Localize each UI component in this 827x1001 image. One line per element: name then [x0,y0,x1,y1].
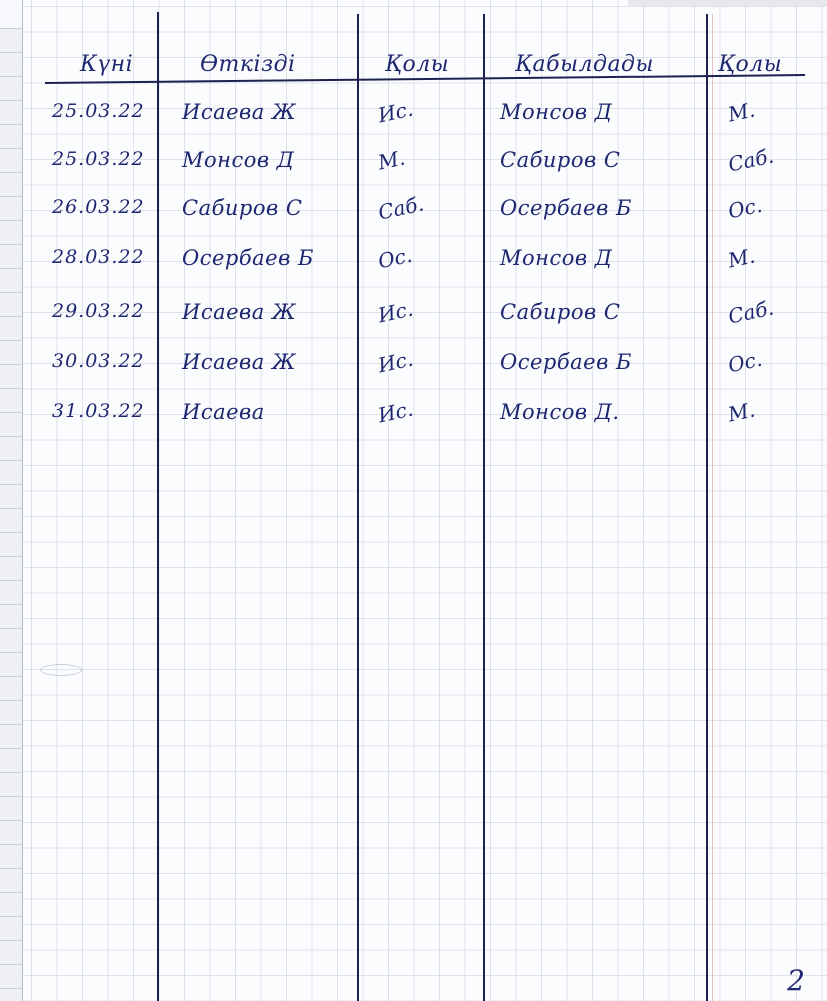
header-date: Күні [80,52,133,77]
cell-handed-over: Исаева [182,400,265,424]
cell-received: Осербаев Б [500,196,632,220]
cell-date: 30.03.22 [52,350,145,372]
cell-received: Сабиров С [500,300,620,324]
cell-handed-over: Монсов Д [182,148,294,172]
cell-date: 31.03.22 [52,400,145,422]
cell-received: Монсов Д [500,246,612,270]
header-signature-1: Қолы [385,52,449,77]
binding-mark [40,664,82,676]
margin-line [712,14,713,1001]
cell-handed-over: Сабиров С [182,196,302,220]
column-divider-received [706,14,708,1001]
cell-handed-over: Исаева Ж [182,300,296,324]
page-top-strip [628,0,827,6]
cell-handed-over: Осербаев Б [182,246,314,270]
cell-handed-over: Исаева Ж [182,100,296,124]
column-divider-signature-1 [483,14,485,1001]
cell-received: Сабиров С [500,148,620,172]
cell-handed-over: Исаева Ж [182,350,296,374]
column-divider-date [157,12,159,1001]
cell-date: 25.03.22 [52,148,145,170]
column-divider-handed-over [357,14,359,1001]
cell-date: 28.03.22 [52,246,145,268]
header-handed-over: Өткізді [200,52,296,77]
cell-date: 25.03.22 [52,100,145,122]
cell-received: Монсов Д. [500,400,620,424]
cell-date: 29.03.22 [52,300,145,322]
cell-received: Осербаев Б [500,350,632,374]
cell-received: Монсов Д [500,100,612,124]
cell-date: 26.03.22 [52,196,145,218]
header-signature-2: Қолы [718,52,782,77]
header-received: Қабылдады [515,52,654,77]
page-number: 2 [787,964,805,997]
